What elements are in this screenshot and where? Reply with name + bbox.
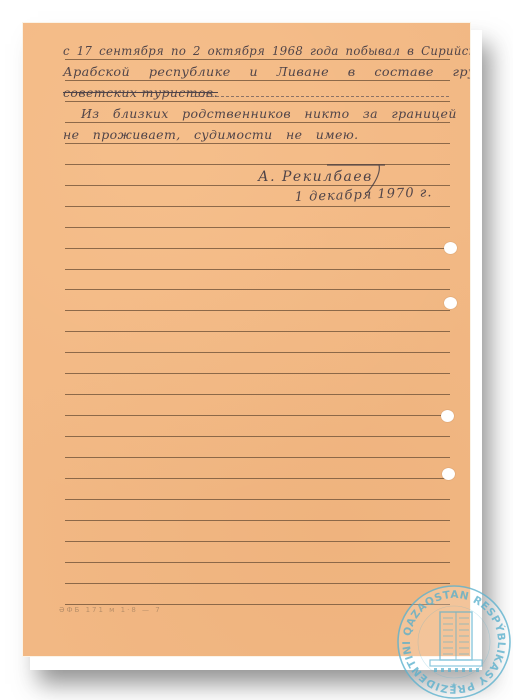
print-run-mark: ӘФБ 171 м 1·8 — 7 — [59, 606, 162, 614]
ruled-line — [65, 248, 450, 249]
punch-hole — [441, 410, 454, 422]
ruled-line — [65, 352, 450, 353]
ruled-line — [65, 394, 450, 395]
archival-page: с 17 сентября по 2 октября 1968 года поб… — [22, 22, 471, 657]
ruled-line — [65, 80, 450, 81]
ruled-line — [65, 206, 450, 207]
ruled-line — [65, 457, 450, 458]
ruled-line — [65, 101, 450, 102]
signature-date: 1 декабря 1970 г. — [294, 185, 432, 205]
ruled-line — [65, 269, 450, 270]
punch-hole — [444, 297, 457, 309]
fill-dash-line — [191, 96, 449, 97]
ruled-line — [65, 436, 450, 437]
ruled-line — [65, 143, 450, 144]
handwritten-line-2: Арабской республике и Ливане в составе г… — [63, 64, 471, 79]
handwritten-line-4: Из близких родственников никто за границ… — [81, 106, 457, 121]
star-icon: ★ — [450, 681, 457, 690]
ruled-line — [65, 122, 450, 123]
ruled-line — [65, 59, 450, 60]
handwritten-line-3-struck: советских туристов. — [63, 85, 218, 100]
ruled-line — [65, 310, 450, 311]
archive-stamp: QAZAQSTAN RESPÝBLIKASY PREZIDENTINIŃ ARH… — [396, 584, 512, 700]
handwritten-line-5: не проживает, судимости не имею. — [63, 127, 359, 142]
ruled-line — [65, 499, 450, 500]
ruled-line — [65, 520, 450, 521]
ruled-line — [65, 289, 450, 290]
ruled-line — [65, 478, 450, 479]
ruled-line — [65, 604, 450, 605]
ruled-line — [65, 562, 450, 563]
punch-hole — [444, 242, 457, 254]
handwritten-line-1: с 17 сентября по 2 октября 1968 года поб… — [63, 43, 471, 58]
punch-hole — [442, 468, 455, 480]
ruled-line — [65, 227, 450, 228]
ruled-line — [65, 373, 450, 374]
ruled-line — [65, 583, 450, 584]
document-viewer: с 17 сентября по 2 октября 1968 года поб… — [0, 0, 513, 700]
ruled-line — [65, 331, 450, 332]
ruled-line — [65, 415, 450, 416]
ruled-line — [65, 541, 450, 542]
